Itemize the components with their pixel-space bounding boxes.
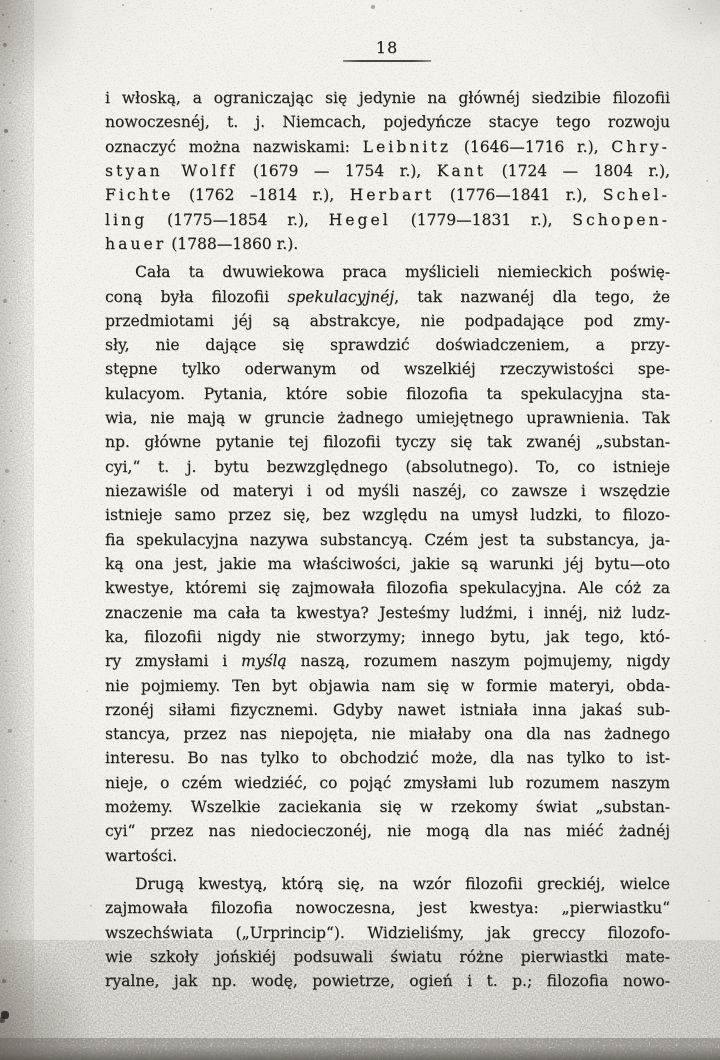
text-line: wie szkoły jońskiéj podsuwali światu róż… <box>105 945 670 969</box>
text-segment: ką ona jest, jakie ma właściwości, jakie… <box>105 555 670 573</box>
text-segment: (1762 –1814 r.), <box>173 186 349 204</box>
text-line: Drugą kwestyą, którą się, na wzór filozo… <box>105 872 670 896</box>
text-segment: (1679 — 1754 r.), <box>237 162 436 180</box>
text-line: przedmiotami jéj są abstrakcye, nie podp… <box>105 309 670 333</box>
text-segment: (1776—1841 r.), <box>434 186 603 204</box>
text-line: możemy. Wszelkie zaciekania się w rzekom… <box>105 795 670 819</box>
text-segment: ry zmysłami i <box>105 652 241 670</box>
text-segment: , tak nazwanéj dla tego, że <box>394 288 670 306</box>
text-line: wartości. <box>105 844 670 868</box>
paragraph: Cała ta dwuwiekowa praca myślicieli niem… <box>105 260 670 868</box>
text-segment: ka, filozofii nigdy nie stworzymy; inneg… <box>105 628 670 646</box>
text-segment: wszechświata („Urprincip“). Widzieliśmy,… <box>105 924 670 942</box>
text-line: cyi,“ t. j. bytu bezwzględnego (absolutn… <box>105 455 670 479</box>
italic-text: spekulacyjnéj <box>287 288 394 306</box>
text-segment: (1788—1860 r.). <box>166 235 298 253</box>
text-segment: cyi,“ t. j. bytu bezwzględnego (absolutn… <box>105 458 670 476</box>
page-number: 18 <box>343 38 431 57</box>
text-line: Cała ta dwuwiekowa praca myślicieli niem… <box>105 260 670 284</box>
text-segment: wia, nie mają w gruncie żadnego umiejętn… <box>105 409 670 427</box>
text-block: i włoską, a ograniczając się jedynie na … <box>105 86 670 994</box>
text-line: oznaczyć można nazwiskami: Leibnitz (164… <box>105 135 670 159</box>
text-segment: (1779—1831 r.), <box>391 211 572 229</box>
text-line: niezawiśle od materyi i od myśli naszéj,… <box>105 479 670 503</box>
text-line: coną była filozofii spekulacyjnéj, tak n… <box>105 285 670 309</box>
text-line: ryalne, jak np. wodę, powietrze, ogień i… <box>105 969 670 993</box>
text-segment: coną była filozofii <box>105 288 287 306</box>
paragraph: i włoską, a ograniczając się jedynie na … <box>105 86 670 256</box>
text-segment: wartości. <box>105 847 177 865</box>
text-line: nieje, o czém wiedziéć, co pojąć zmysłam… <box>105 771 670 795</box>
page-number-rule <box>343 60 431 62</box>
text-line: hauer (1788—1860 r.). <box>105 232 670 256</box>
letterspaced-name: styan Wolff <box>105 162 237 180</box>
text-segment: rzonéj siłami fizycznemi. Gdyby nawet is… <box>105 701 670 719</box>
text-segment: Drugą kwestyą, którą się, na wzór filozo… <box>135 875 670 893</box>
text-segment: kulacyom. Pytania, które sobie filozofia… <box>105 385 670 403</box>
text-line: wia, nie mają w gruncie żadnego umiejętn… <box>105 406 670 430</box>
text-segment: fia spekulacyjna nazywa substancyą. Czém… <box>105 531 670 549</box>
text-line: styan Wolff (1679 — 1754 r.), Kant (1724… <box>105 159 670 183</box>
letterspaced-name: hauer <box>105 235 166 253</box>
text-segment: nieje, o czém wiedziéć, co pojąć zmysłam… <box>105 774 670 792</box>
letterspaced-name: Schopen- <box>572 211 670 229</box>
italic-text: myślą <box>241 652 287 670</box>
text-line: ling (1775—1854 r.), Hegel (1779—1831 r.… <box>105 208 670 232</box>
text-segment: nowoczesnéj, t. j. Niemcach, pojedyńcze … <box>105 113 670 131</box>
text-segment: oznaczyć można nazwiskami: <box>105 138 363 156</box>
text-line: ką ona jest, jakie ma właściwości, jakie… <box>105 552 670 576</box>
letterspaced-name: Schel- <box>603 186 670 204</box>
text-segment: znaczenie ma cała ta kwestya? Jesteśmy l… <box>105 604 670 622</box>
letterspaced-name: Herbart <box>350 186 435 204</box>
letterspaced-name: Leibnitz <box>363 138 451 156</box>
text-segment: (1646—1716 r.), <box>451 138 611 156</box>
text-segment: (1775—1854 r.), <box>147 211 328 229</box>
text-line: stępne tylko oderwanym od wszelkiéj rzec… <box>105 357 670 381</box>
text-line: nie pojmiemy. Ten byt objawia nam się w … <box>105 674 670 698</box>
text-segment: istnieje samo przez się, bez względu na … <box>105 506 670 524</box>
scan-bottom-edge-band <box>0 1046 720 1060</box>
text-line: nowoczesnéj, t. j. Niemcach, pojedyńcze … <box>105 110 670 134</box>
letterspaced-name: Hegel <box>329 211 391 229</box>
text-segment: stancya, przez nas niepojęta, nie miałab… <box>105 725 670 743</box>
text-line: interesu. Bo nas tylko to obchodzić może… <box>105 746 670 770</box>
text-segment: wie szkoły jońskiéj podsuwali światu róż… <box>105 948 670 966</box>
text-segment: stępne tylko oderwanym od wszelkiéj rzec… <box>105 360 670 378</box>
letterspaced-name: Chry- <box>611 138 670 156</box>
text-line: ka, filozofii nigdy nie stworzymy; inneg… <box>105 625 670 649</box>
text-segment: sły, nie dające się sprawdzić doświadcze… <box>105 336 670 354</box>
text-segment: możemy. Wszelkie zaciekania się w rzekom… <box>105 798 670 816</box>
text-segment: przedmiotami jéj są abstrakcye, nie podp… <box>105 312 670 330</box>
text-line: istnieje samo przez się, bez względu na … <box>105 503 670 527</box>
text-segment: zajmowała filozofia nowoczesna, jest kwe… <box>105 899 670 917</box>
text-line: i włoską, a ograniczając się jedynie na … <box>105 86 670 110</box>
text-segment: np. główne pytanie tej filozofii tyczy s… <box>105 433 670 451</box>
text-segment: ryalne, jak np. wodę, powietrze, ogień i… <box>105 972 670 990</box>
text-line: cyi“ przez nas niedocieczonéj, nie mogą … <box>105 819 670 843</box>
text-line: Fichte (1762 –1814 r.), Herbart (1776—18… <box>105 183 670 207</box>
text-line: kwestye, któremi się zajmowała filozofia… <box>105 576 670 600</box>
page-header: 18 <box>343 38 431 62</box>
text-segment: (1724 — 1804 r.), <box>486 162 670 180</box>
text-segment: naszą, rozumem naszym pojmujemy, nigdy <box>287 652 670 670</box>
text-segment: i włoską, a ograniczając się jedynie na … <box>105 89 670 107</box>
text-segment: cyi“ przez nas niedocieczonéj, nie mogą … <box>105 822 670 840</box>
text-line: znaczenie ma cała ta kwestya? Jesteśmy l… <box>105 601 670 625</box>
text-line: wszechświata („Urprincip“). Widzieliśmy,… <box>105 921 670 945</box>
letterspaced-name: Kant <box>437 162 486 180</box>
text-line: ry zmysłami i myślą naszą, rozumem naszy… <box>105 649 670 673</box>
letterspaced-name: ling <box>105 211 147 229</box>
text-line: stancya, przez nas niepojęta, nie miałab… <box>105 722 670 746</box>
text-line: rzonéj siłami fizycznemi. Gdyby nawet is… <box>105 698 670 722</box>
text-segment: nie pojmiemy. Ten byt objawia nam się w … <box>105 677 670 695</box>
book-page: 18 i włoską, a ograniczając się jedynie … <box>0 0 720 1060</box>
text-segment: kwestye, któremi się zajmowała filozofia… <box>105 579 670 597</box>
text-line: kulacyom. Pytania, które sobie filozofia… <box>105 382 670 406</box>
text-segment: niezawiśle od materyi i od myśli naszéj,… <box>105 482 670 500</box>
paragraph: Drugą kwestyą, którą się, na wzór filozo… <box>105 872 670 994</box>
text-segment: interesu. Bo nas tylko to obchodzić może… <box>105 749 670 767</box>
text-line: fia spekulacyjna nazywa substancyą. Czém… <box>105 528 670 552</box>
text-line: sły, nie dające się sprawdzić doświadcze… <box>105 333 670 357</box>
text-line: np. główne pytanie tej filozofii tyczy s… <box>105 430 670 454</box>
text-segment: Cała ta dwuwiekowa praca myślicieli niem… <box>135 263 670 281</box>
text-line: zajmowała filozofia nowoczesna, jest kwe… <box>105 896 670 920</box>
letterspaced-name: Fichte <box>105 186 173 204</box>
